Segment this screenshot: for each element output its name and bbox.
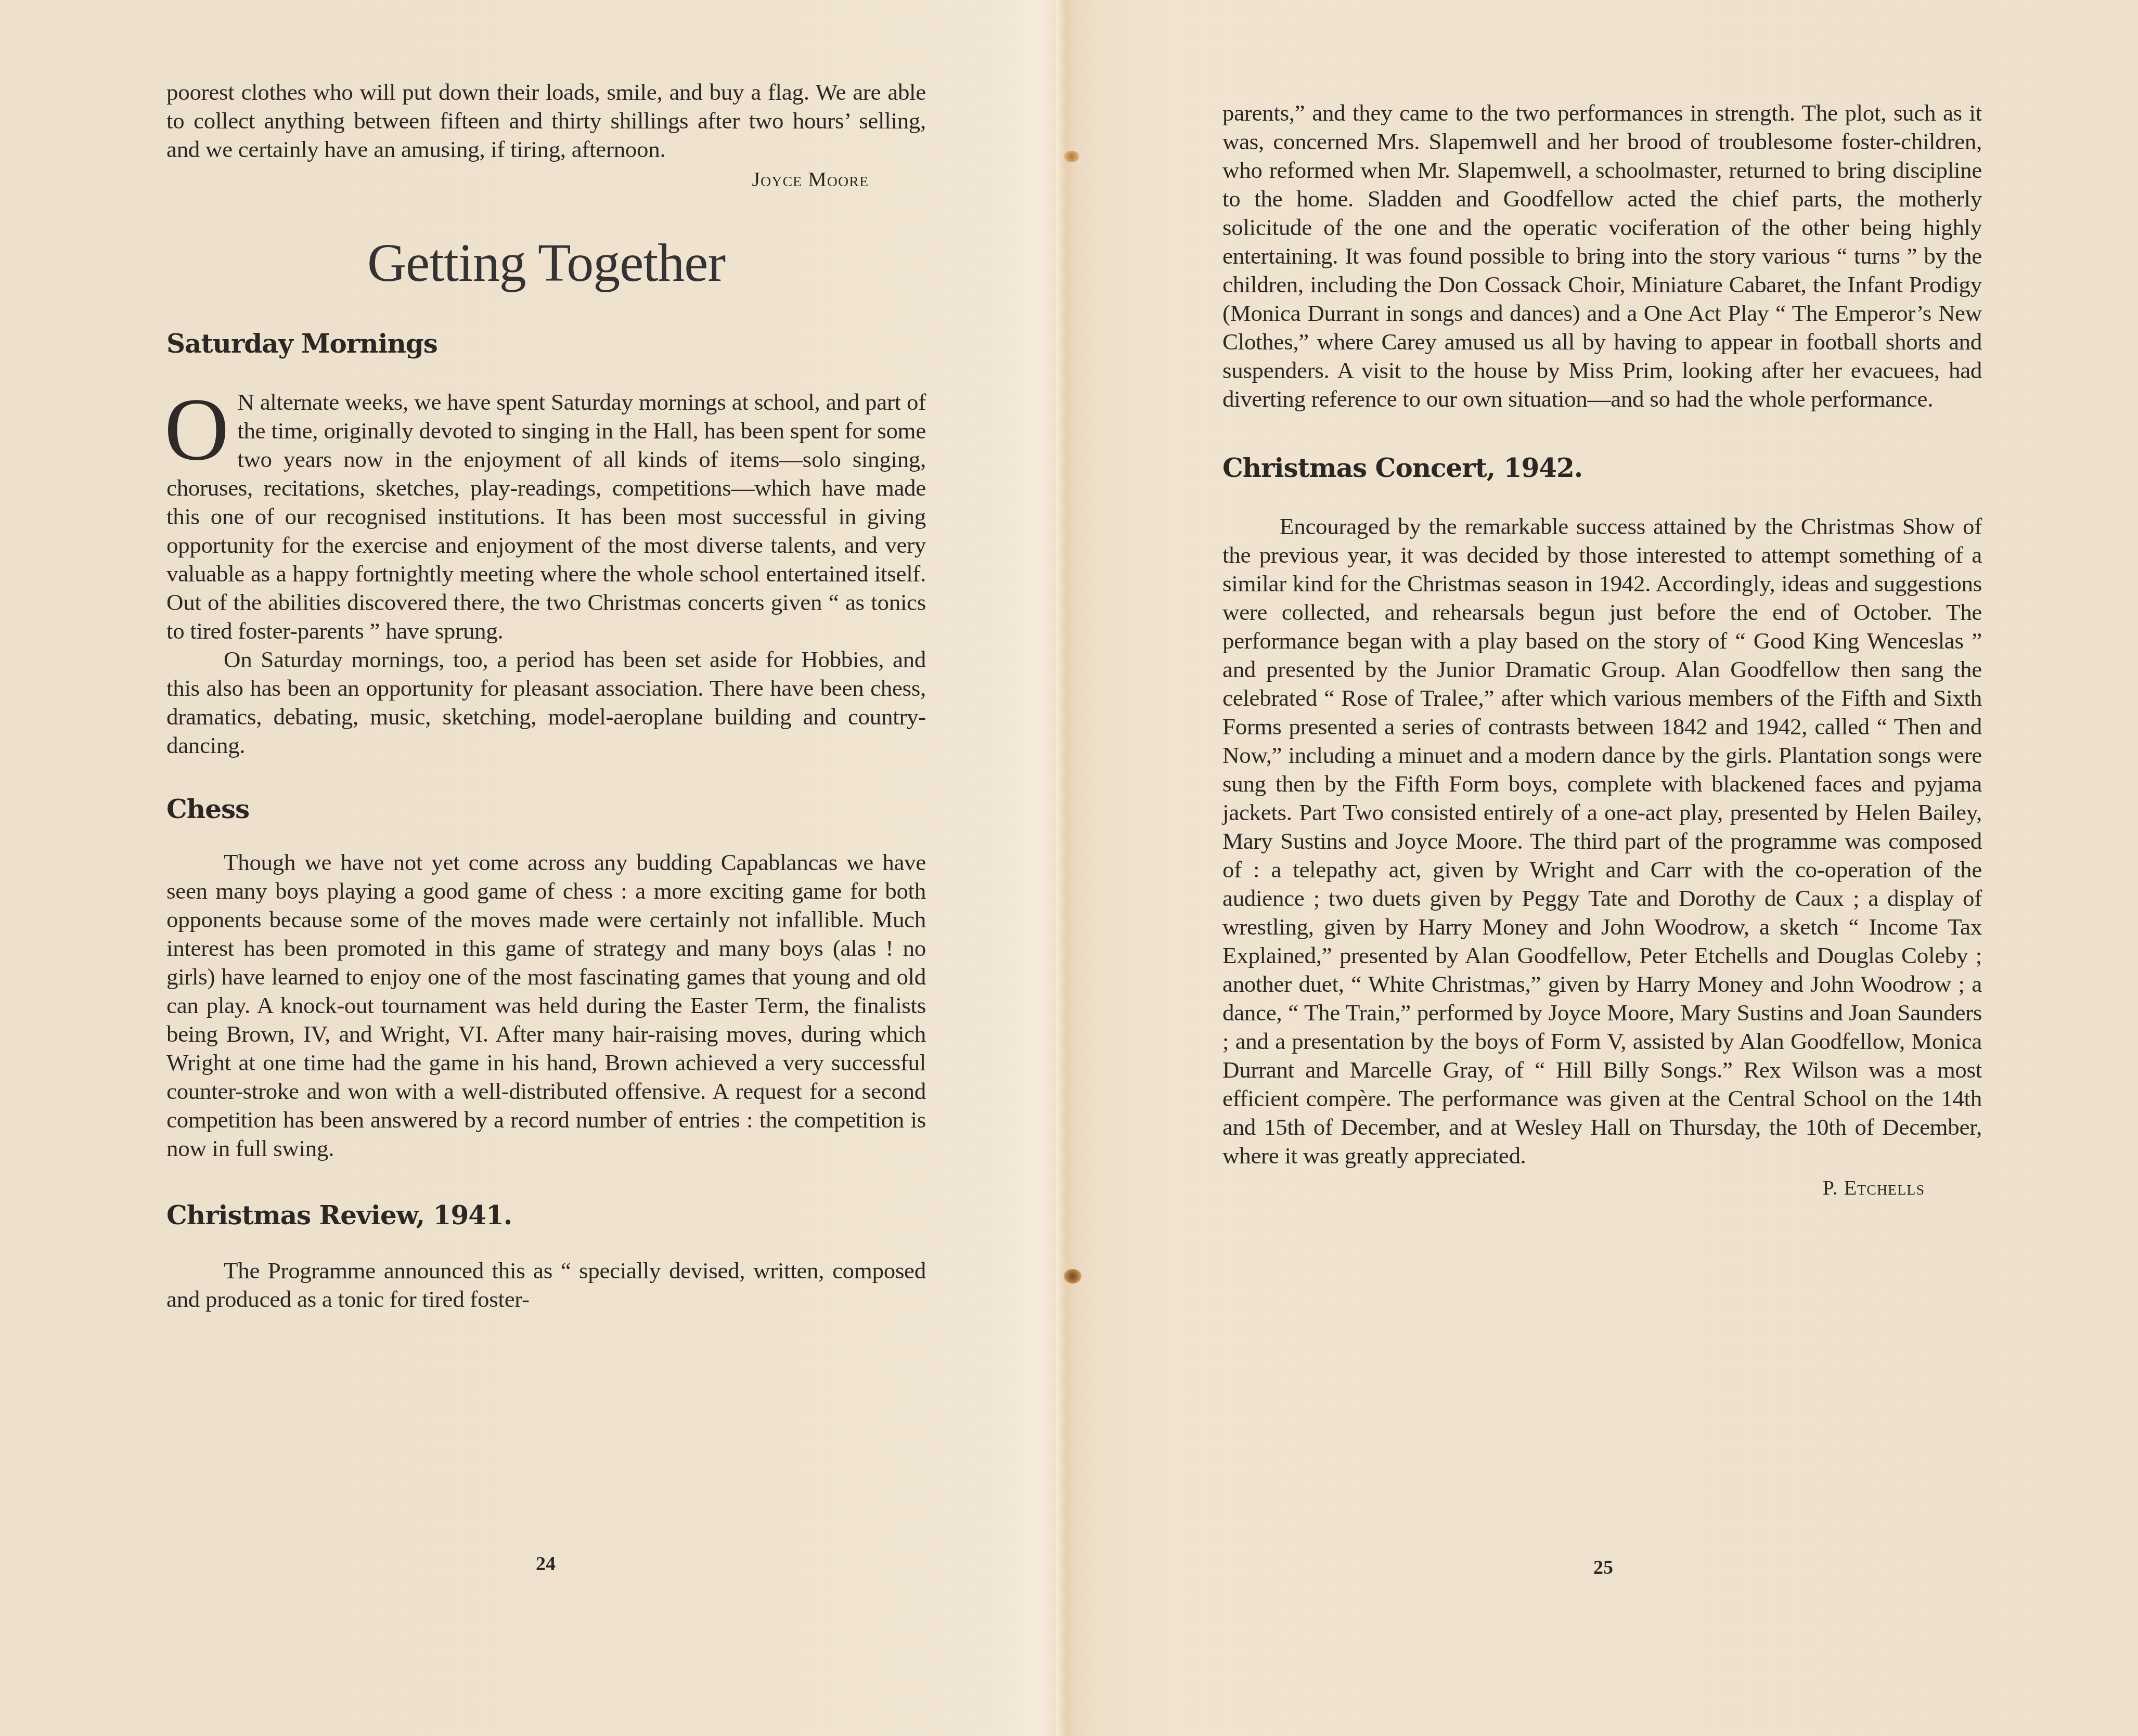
staple-top-icon xyxy=(1064,151,1079,162)
paragraph: On Saturday mornings, too, a period has … xyxy=(166,645,926,760)
staple-bottom-icon xyxy=(1064,1269,1081,1284)
page-number-left: 24 xyxy=(536,1552,556,1575)
section-saturday-mornings: O N alternate weeks, we have spent Satur… xyxy=(166,388,926,760)
page-number-right: 25 xyxy=(1593,1556,1613,1579)
right-page-column: parents,” and they came to the two perfo… xyxy=(1222,99,1982,1200)
section-heading-christmas-review-1941: Christmas Review, 1941. xyxy=(166,1197,926,1234)
section-heading-christmas-concert-1942: Christmas Concert, 1942. xyxy=(1222,450,1982,486)
section-heading-chess: Chess xyxy=(166,791,926,827)
author-signature: Joyce Moore xyxy=(166,167,926,191)
continuation-paragraph: parents,” and they came to the two perfo… xyxy=(1222,99,1982,413)
paragraph: The Programme announced this as “ specia… xyxy=(166,1256,926,1314)
section-heading-saturday-mornings: Saturday Mornings xyxy=(166,326,926,362)
drop-cap-letter: O xyxy=(164,393,229,466)
book-spine-gutter xyxy=(1056,0,1077,1736)
paragraph: N alternate weeks, we have spent Saturda… xyxy=(166,388,926,645)
continuation-paragraph: poorest clothes who will put down their … xyxy=(166,78,926,164)
author-signature: P. Etchells xyxy=(1222,1175,1982,1200)
paragraph: Encouraged by the remarkable success att… xyxy=(1222,512,1982,1170)
paragraph: Though we have not yet come across any b… xyxy=(166,848,926,1163)
left-page-column: poorest clothes who will put down their … xyxy=(166,78,926,1314)
page-title: Getting Together xyxy=(166,232,926,294)
